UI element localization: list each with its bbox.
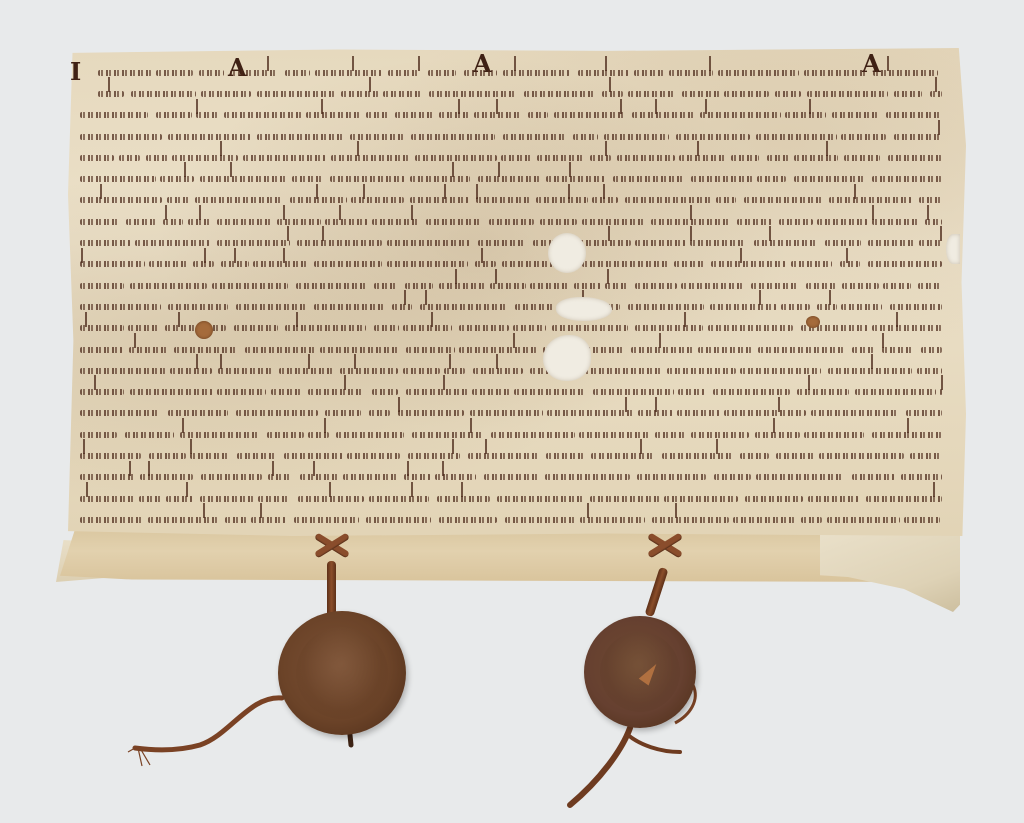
charter-text-line: [80, 403, 955, 424]
wax-seal-right: right seal: [584, 616, 696, 728]
seal-figure-worn: [600, 632, 680, 712]
charter-text-line: [80, 83, 955, 104]
repair-patch: [556, 297, 612, 321]
charter-text-line: [80, 509, 955, 530]
cross-stitch-right: [646, 530, 686, 560]
parchment-hole: [806, 316, 820, 328]
charter-text-line: [80, 488, 955, 509]
repair-patch: [543, 335, 591, 381]
charter-text-line: [80, 424, 955, 445]
charter-text-line: [80, 105, 955, 126]
charter-text-line: [80, 339, 955, 360]
charter-photograph: I A A A left seal right seal: [0, 0, 1024, 823]
charter-text-line: [80, 147, 955, 168]
charter-text-block: I A A A: [80, 62, 955, 512]
charter-text-line: [80, 232, 955, 253]
charter-text-line: [80, 254, 955, 275]
charter-text-line: [80, 360, 955, 381]
seal-label: right seal: [584, 616, 585, 617]
charter-text-line: [80, 275, 955, 296]
charter-text-line: [80, 211, 955, 232]
parchment-hole: [195, 321, 213, 339]
charter-text-line: [80, 190, 955, 211]
seal-equestrian-figure: [296, 627, 388, 719]
wax-seal-left: left seal: [278, 611, 406, 735]
charter-text-line: [80, 168, 955, 189]
edge-repair: [946, 234, 960, 264]
seal-tag-left: [327, 561, 336, 619]
charter-text-line: [80, 62, 955, 83]
cross-stitch-left: [313, 530, 353, 560]
charter-text-line: [80, 381, 955, 402]
charter-text-line: [80, 467, 955, 488]
charter-text-line: [80, 126, 955, 147]
charter-text-line: [80, 445, 955, 466]
seal-label: left seal: [278, 611, 279, 612]
charter-text-line: [80, 296, 955, 317]
repair-patch: [548, 233, 586, 273]
